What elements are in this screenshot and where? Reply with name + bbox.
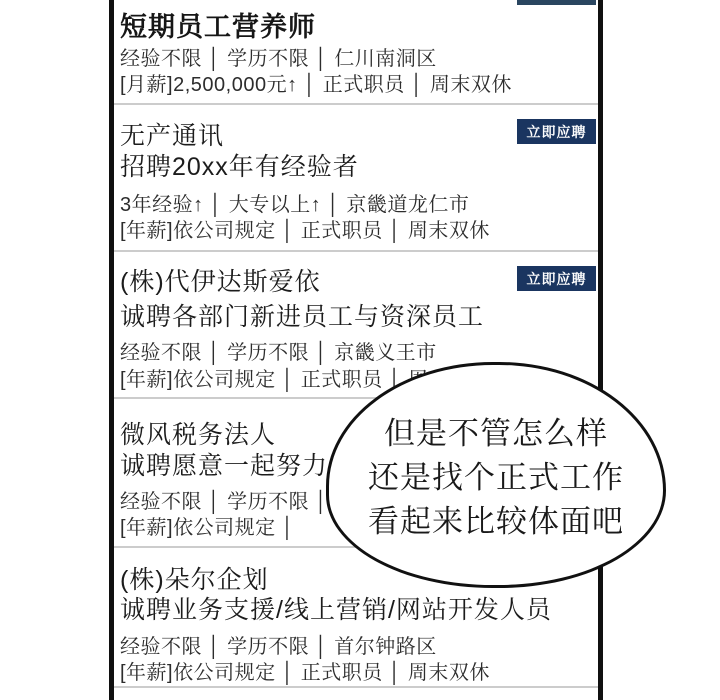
apply-button[interactable]: 立即应聘 [517, 266, 596, 291]
comic-panel: 短期员工营养师 经验不限 │ 学历不限 │ 仁川南洞区 [月薪]2,500,00… [0, 0, 720, 700]
job-listing-row[interactable]: 短期员工营养师 经验不限 │ 学历不限 │ 仁川南洞区 [月薪]2,500,00… [114, 0, 598, 103]
job-salary: [年薪]依公司规定 │ 正式职员 │ 周末双休 [120, 214, 490, 243]
panel-border-right [598, 0, 603, 700]
apply-button-partial[interactable] [517, 0, 596, 5]
speech-bubble-line: 但是不管怎么样 [384, 412, 608, 456]
apply-button[interactable]: 立即应聘 [517, 119, 596, 144]
job-conditions: 经验不限 │ 学历不限 │ 仁川南洞区 [120, 42, 437, 71]
job-conditions: 经验不限 │ 学历不限 │ 京畿义王市 [120, 336, 437, 365]
job-title: 诚聘各部门新进员工与资深员工 [120, 297, 484, 333]
company-name: (株)代伊达斯爱依 [120, 262, 321, 298]
job-conditions: 经验不限 │ 学历不限 │ [120, 485, 328, 514]
job-conditions: 经验不限 │ 学历不限 │ 首尔钟路区 [120, 630, 437, 659]
job-listing-row[interactable]: 无产通讯 立即应聘 招聘20xx年有经验者 3年经验↑ │ 大专以上↑ │ 京畿… [114, 105, 598, 250]
speech-bubble: 但是不管怎么样 还是找个正式工作 看起来比较体面吧 [326, 362, 666, 588]
job-title: 招聘20xx年有经验者 [120, 147, 359, 183]
job-conditions: 3年经验↑ │ 大专以上↑ │ 京畿道龙仁市 [120, 188, 469, 217]
speech-bubble-line: 看起来比较体面吧 [368, 500, 624, 544]
job-salary: [年薪]依公司规定 │ [120, 511, 295, 540]
list-divider [114, 686, 598, 688]
speech-bubble-line: 还是找个正式工作 [368, 456, 624, 500]
job-title: 短期员工营养师 [120, 5, 316, 44]
job-salary: [年薪]依公司规定 │ 正式职员 │ 周末双休 [120, 656, 490, 685]
job-title: 诚聘业务支援/线上营销/网站开发人员 [120, 590, 552, 626]
job-title: 诚聘愿意一起努力 [120, 446, 328, 482]
job-salary: [月薪]2,500,000元↑ │ 正式职员 │ 周末双休 [120, 68, 512, 97]
